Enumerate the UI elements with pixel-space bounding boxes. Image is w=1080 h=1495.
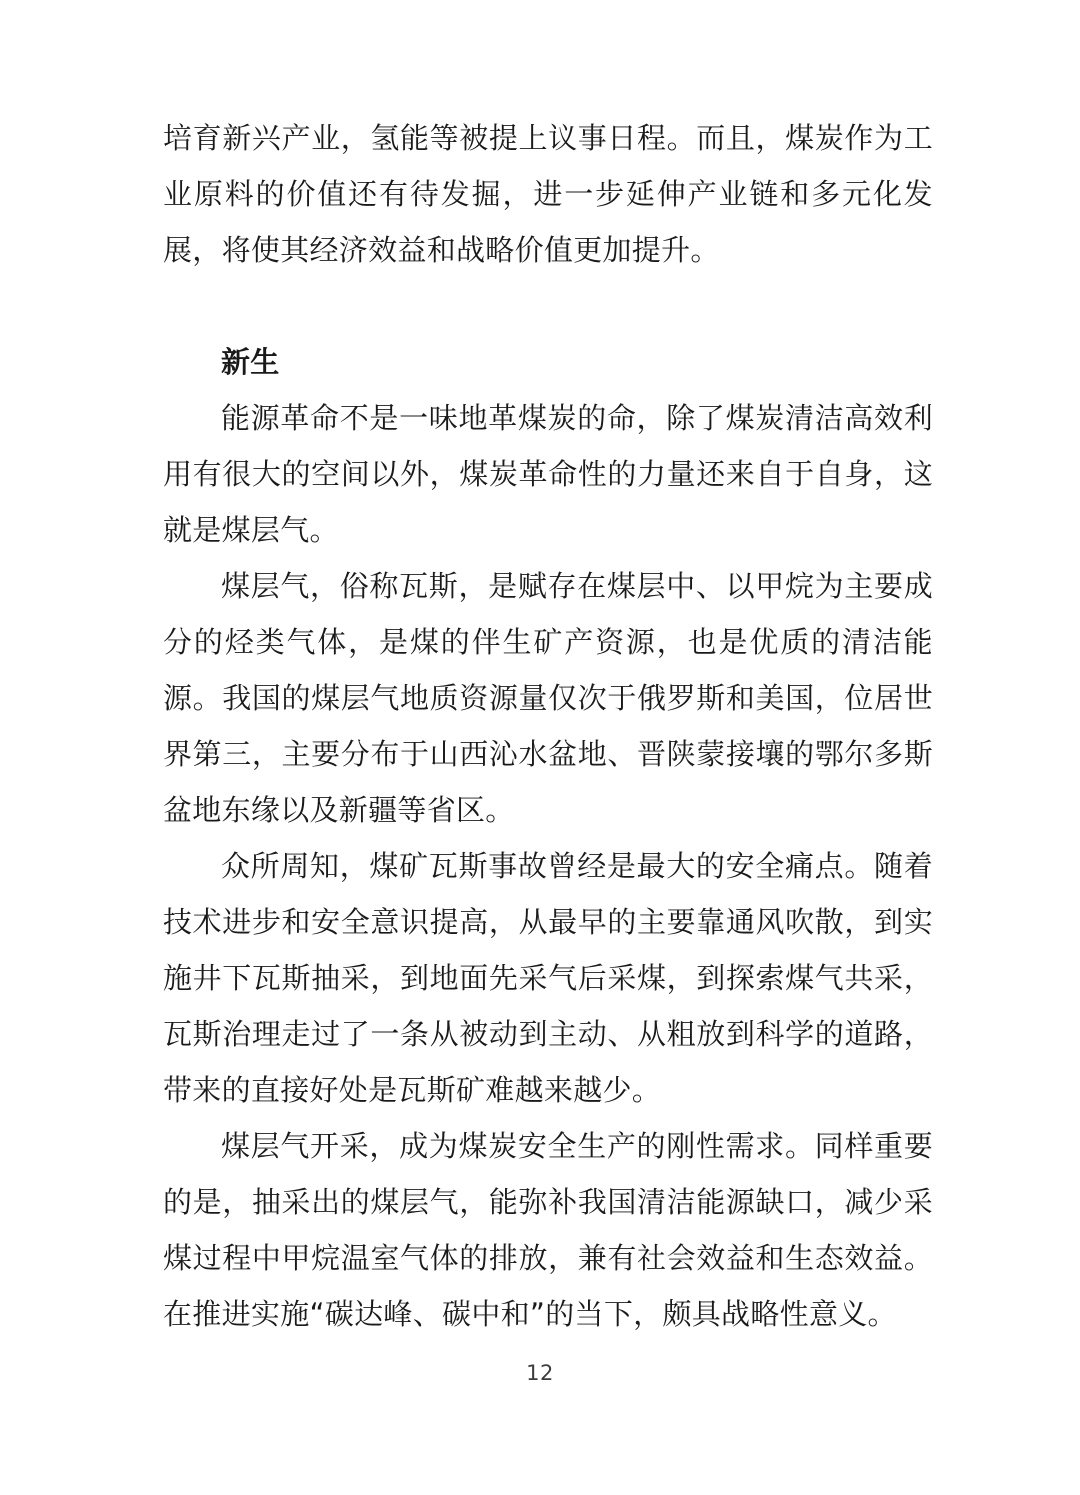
page-footer: 12 <box>0 1358 1080 1388</box>
paragraph: 煤层气，俗称瓦斯，是赋存在煤层中、以甲烷为主要成分的烃类气体，是煤的伴生矿产资源… <box>163 558 933 838</box>
paragraph: 煤层气开采，成为煤炭安全生产的刚性需求。同样重要的是，抽采出的煤层气，能弥补我国… <box>163 1118 933 1342</box>
text-block: 培育新兴产业，氢能等被提上议事日程。而且，煤炭作为工业原料的价值还有待发掘，进一… <box>163 110 933 1342</box>
paragraph: 能源革命不是一味地革煤炭的命，除了煤炭清洁高效利用有很大的空间以外，煤炭革命性的… <box>163 390 933 558</box>
page-number: 12 <box>526 1361 554 1385</box>
paragraph: 众所周知，煤矿瓦斯事故曾经是最大的安全痛点。随着技术进步和安全意识提高，从最早的… <box>163 838 933 1118</box>
paragraph-continuation: 培育新兴产业，氢能等被提上议事日程。而且，煤炭作为工业原料的价值还有待发掘，进一… <box>163 110 933 278</box>
document-page: 培育新兴产业，氢能等被提上议事日程。而且，煤炭作为工业原料的价值还有待发掘，进一… <box>0 0 1080 1495</box>
section-heading: 新生 <box>163 334 933 390</box>
